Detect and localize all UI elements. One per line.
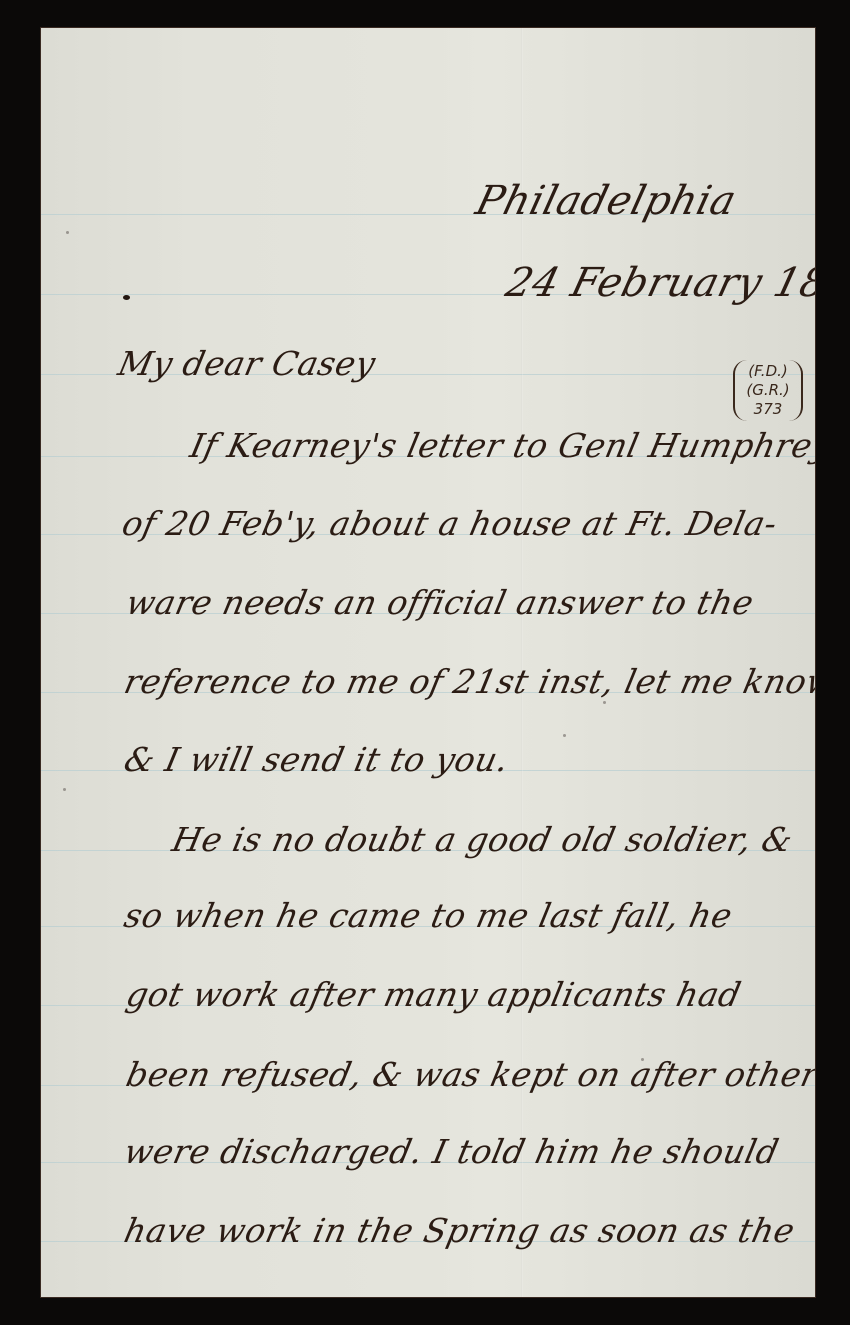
body-line: have work in the Spring as soon as the [121,1211,799,1250]
scan-background: Philadelphia 24 February 1871 My dear Ca… [0,0,850,1325]
body-line: He is no doubt a good old soldier, & [169,820,797,859]
paper-speck [603,701,606,704]
body-line: & I will send it to you. [121,740,513,779]
annotation-line: 373 [737,400,799,419]
body-line: reference to me of 21st inst, let me kno… [121,662,815,701]
letter-place: Philadelphia [471,178,741,224]
paper-speck [563,734,566,737]
annotation-line: (F.D.) [737,362,799,381]
body-line: were discharged. I told him he should [121,1132,783,1171]
letter-page: Philadelphia 24 February 1871 My dear Ca… [41,28,815,1297]
letter-date: 24 February 1871 [501,260,815,306]
paper-speck [66,231,69,234]
body-line: been refused, & was kept on after others [123,1055,815,1094]
show-through-text [441,103,722,133]
body-line: ware needs an official answer to the [123,583,757,622]
paper-speck [63,788,66,791]
body-line: so when he came to me last fall, he [121,896,736,935]
salutation: My dear Casey [115,344,379,383]
body-line: If Kearney's letter to Genl Humphreys [187,426,815,465]
ink-blot [123,295,130,300]
body-line: got work after many applicants had [123,975,745,1014]
body-line: of 20 Feb'y, about a house at Ft. Dela- [119,504,781,543]
annotation-line: (G.R.) [737,381,799,400]
archival-annotation: (F.D.) (G.R.) 373 [733,360,803,421]
